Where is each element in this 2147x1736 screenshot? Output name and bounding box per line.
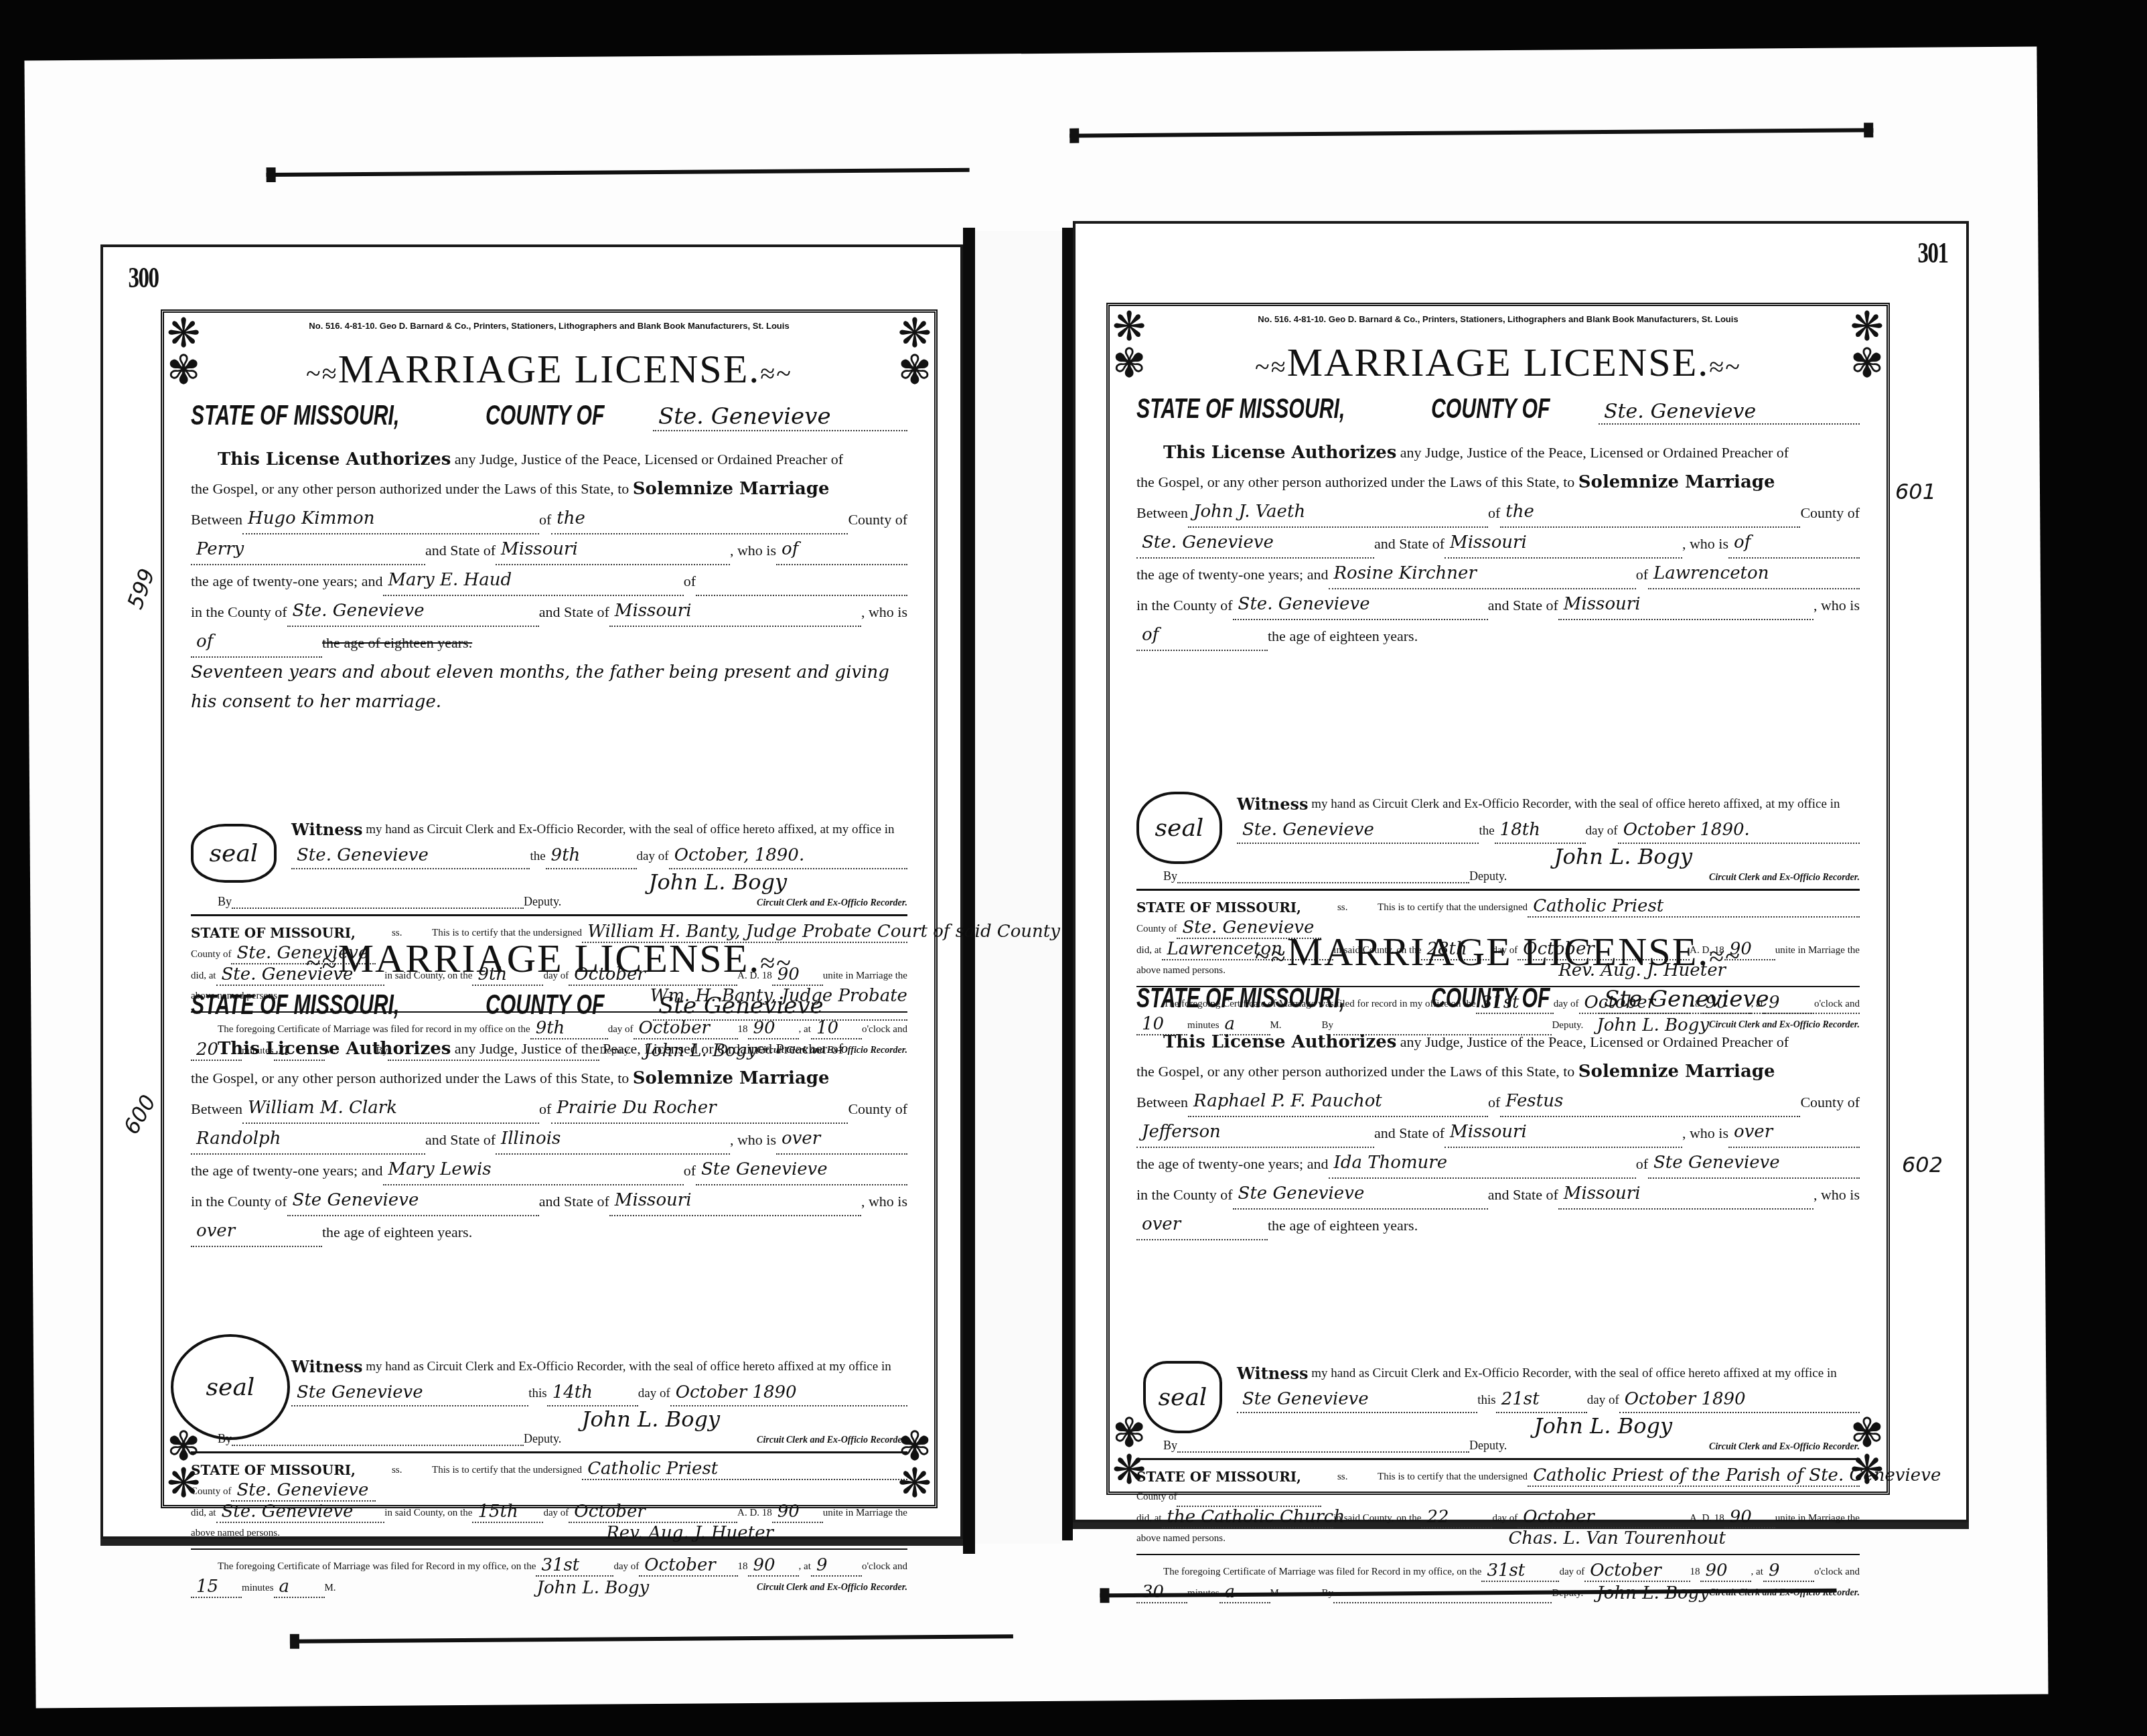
deputy-field	[232, 1445, 524, 1446]
solemnize-heading: Solemnize Marriage	[633, 1064, 830, 1093]
county-label: COUNTY OF	[1431, 982, 1552, 1014]
field-label: the age of eighteen years.	[1268, 622, 1418, 651]
bride-county-field: Ste. Genevieve	[1233, 589, 1488, 620]
page-number: 300	[129, 261, 159, 295]
clerk-title: Circuit Clerk and Ex-Officio Recorder.	[1709, 1442, 1860, 1453]
license-title: ~≈MARRIAGE LICENSE.≈~	[191, 936, 907, 982]
groom-county-field: Randolph	[191, 1124, 425, 1155]
field-label: in said County, on the	[1333, 1508, 1421, 1528]
field-label: This is to certify that the undersigned	[1378, 1467, 1528, 1487]
swash-icon: ~≈	[1255, 352, 1287, 382]
binding-gutter	[975, 231, 1062, 1544]
officiant-signature: Rev. Aug. J. Hueter	[606, 1523, 773, 1543]
field-label: in the County of	[1136, 1180, 1233, 1210]
authorization-text: the Gospel, or any other person authoriz…	[191, 474, 629, 504]
field-label: M.	[325, 1578, 336, 1598]
field-label: o'clock and	[1814, 1562, 1860, 1582]
field-label: and State of	[425, 536, 496, 565]
deputy-field	[1177, 1451, 1469, 1453]
swash-icon: ≈~	[1709, 941, 1741, 971]
marriage-day-field: 22	[1421, 1507, 1492, 1528]
field-label: of	[1488, 498, 1500, 528]
groom-age-field: of	[776, 534, 907, 565]
field-label: the age of twenty-one years; and	[1136, 1149, 1329, 1179]
clerk-signature: John L. Bogy	[582, 1406, 720, 1432]
top-rule-right	[1069, 128, 1873, 137]
field-label: , who is	[861, 1187, 907, 1216]
bride-age-field: over	[1136, 1210, 1268, 1240]
cert-state-label: STATE OF MISSOURI,	[191, 1460, 392, 1480]
field-label: and State of	[425, 1125, 496, 1155]
field-label: Between	[191, 1094, 242, 1124]
field-label: of	[539, 1094, 551, 1124]
field-label: , who is	[861, 597, 907, 627]
field-label: of	[684, 1156, 696, 1185]
groom-age-field: of	[1728, 528, 1860, 559]
authorization-text: any Judge, Justice of the Peace, License…	[455, 445, 843, 474]
marriage-day-field: 15th	[472, 1502, 543, 1523]
officiant-title-field: Catholic Priest	[1528, 896, 1860, 918]
field-label: in the County of	[1136, 591, 1233, 620]
groom-state-field: Illinois	[496, 1124, 730, 1155]
ceremony-place-field: the Catholic Church	[1162, 1507, 1334, 1528]
swash-icon: ≈~	[760, 358, 792, 388]
witness-heading: Witness	[291, 1354, 362, 1380]
bride-residence-field: Ste Genevieve	[696, 1155, 907, 1185]
witness-date-field: October 1890	[1619, 1386, 1860, 1413]
top-rule-left	[267, 168, 970, 177]
field-label: and State of	[539, 1187, 609, 1216]
seal-mark: seal	[1136, 792, 1222, 864]
field-label: day of	[1492, 1508, 1517, 1528]
groom-state-field: Missouri	[496, 534, 730, 565]
ceremony-place-field: Ste. Genevieve	[216, 1502, 385, 1523]
bride-county-field: Ste Genevieve	[287, 1185, 539, 1216]
witness-day-field: 18th	[1495, 817, 1586, 844]
field-label: in the County of	[191, 597, 287, 627]
field-label: , at	[1751, 1562, 1763, 1582]
field-label: this	[1477, 1388, 1495, 1413]
ampm-field: a	[274, 1577, 325, 1598]
filed-month-field: October	[639, 1555, 737, 1577]
field-label: in the County of	[191, 1187, 287, 1216]
field-label: A. D. 18	[737, 1503, 772, 1523]
witness-heading: Witness	[291, 817, 362, 843]
field-label: , who is	[1682, 1118, 1728, 1148]
field-label: unite in Marriage the	[1775, 1508, 1860, 1528]
clerk-signature: John L. Bogy	[1534, 1413, 1672, 1439]
field-label: The foregoing Certificate of Marriage wa…	[1163, 1562, 1481, 1582]
county-field: Ste Genevieve	[1599, 986, 1860, 1014]
marriage-certificate: STATE OF MISSOURI,ss.This is to certify …	[191, 1459, 907, 1598]
solemnize-heading: Solemnize Marriage	[1578, 1057, 1775, 1086]
field-label: and State of	[1488, 591, 1558, 620]
marriage-license-record: ~≈MARRIAGE LICENSE.≈~ STATE OF MISSOURI,…	[191, 936, 907, 1598]
clerk-title: Circuit Clerk and Ex-Officio Recorder.	[757, 898, 907, 909]
groom-residence-field: the	[1500, 497, 1800, 528]
field-label: day of	[613, 1557, 639, 1577]
field-label: the age of eighteen years.	[322, 1218, 472, 1247]
field-label: the age of eighteen years.	[1268, 1211, 1418, 1240]
bride-county-field: Ste. Genevieve	[287, 596, 539, 627]
filed-minutes-field: 30	[1136, 1582, 1187, 1603]
deputy-field	[1333, 1602, 1552, 1603]
ss-label: ss.	[1337, 1467, 1378, 1487]
field-label: of	[1636, 1149, 1648, 1179]
field-label: above named persons.	[191, 1523, 280, 1543]
field-label: By	[1322, 1583, 1334, 1603]
groom-county-field: Jefferson	[1136, 1117, 1374, 1148]
field-label: minutes	[1187, 1583, 1219, 1603]
cert-state-label: STATE OF MISSOURI,	[1136, 1467, 1337, 1487]
marriage-license-record: ~≈MARRIAGE LICENSE.≈~ STATE OF MISSOURI,…	[1136, 929, 1860, 1603]
field-label: of	[539, 505, 551, 534]
seal-mark: seal	[191, 824, 277, 883]
bride-age-field: of	[1136, 620, 1268, 651]
field-label: Deputy.	[1552, 1583, 1583, 1603]
field-label: 18	[738, 1557, 748, 1577]
bride-age-field: of	[191, 627, 322, 658]
filed-day-field: 31st	[536, 1555, 613, 1577]
officiant-title-field: Catholic Priest	[582, 1459, 907, 1480]
margin-number: 602	[1902, 1152, 1943, 1177]
field-label: Deputy.	[524, 1432, 561, 1446]
county-label: COUNTY OF	[486, 989, 606, 1021]
witness-day-field: 21st	[1496, 1386, 1587, 1413]
license-form-left: ❋✾ ❋✾ ✾❋ ✾❋ No. 516. 4-81-10. Geo D. Bar…	[161, 309, 938, 1508]
field-label: 18	[1690, 1562, 1700, 1582]
solemnize-heading: Solemnize Marriage	[633, 474, 830, 504]
filed-signature: John L. Bogy	[537, 1578, 650, 1598]
binding-gutter-left	[963, 228, 975, 1554]
bride-state-field: Missouri	[609, 596, 861, 627]
county-label: COUNTY OF	[486, 399, 606, 431]
field-label: the age of twenty-one years; and	[1136, 560, 1329, 589]
swash-icon: ≈~	[1709, 352, 1741, 382]
bride-age-field: over	[191, 1216, 322, 1247]
clerk-title: Circuit Clerk and Ex-Officio Recorder.	[757, 1435, 907, 1446]
authorization-text: the Gospel, or any other person authoriz…	[1136, 1057, 1574, 1086]
witness-day-field: 9th	[546, 843, 637, 869]
clerk-title: Circuit Clerk and Ex-Officio Recorder.	[757, 1578, 907, 1598]
bride-residence-field: Lawrenceton	[1648, 559, 1860, 589]
field-label: and State of	[1374, 529, 1445, 559]
field-label: By	[1163, 869, 1177, 883]
swash-icon: ~≈	[306, 948, 338, 978]
license-title: ~≈MARRIAGE LICENSE.≈~	[1136, 340, 1860, 386]
witness-text: my hand as Circuit Clerk and Ex-Officio …	[1311, 792, 1840, 817]
groom-county-field: Perry	[191, 534, 425, 565]
filed-signature: John L. Bogy	[1597, 1583, 1709, 1603]
witness-day-field: 14th	[547, 1380, 638, 1406]
field-label: A. D. 18	[1690, 1508, 1724, 1528]
authorization-heading: This License Authorizes	[1163, 438, 1396, 467]
field-label: day of	[637, 844, 669, 869]
field-label: County of	[191, 1481, 231, 1502]
license-title: ~≈MARRIAGE LICENSE.≈~	[191, 346, 907, 392]
field-label: , who is	[1682, 529, 1728, 559]
filed-day-field: 31st	[1481, 1561, 1559, 1582]
witness-heading: Witness	[1237, 1361, 1308, 1386]
filed-hour-field: 9	[1763, 1561, 1814, 1582]
field-label: did, at	[191, 1503, 216, 1523]
witness-heading: Witness	[1237, 792, 1308, 817]
witness-place-field: Ste Genevieve	[291, 1380, 528, 1406]
groom-name-field: Hugo Kimmon	[242, 504, 539, 534]
authorization-heading: This License Authorizes	[218, 445, 451, 474]
marriage-month-field: October	[569, 1502, 737, 1523]
state-label: STATE OF MISSOURI,	[191, 399, 403, 431]
filed-hour-field: 9	[811, 1555, 862, 1577]
witness-date-field: October 1890	[670, 1380, 907, 1406]
field-label: , who is	[1813, 1180, 1860, 1210]
authorization-text: any Judge, Justice of the Peace, License…	[455, 1034, 843, 1064]
groom-residence-field: the	[551, 504, 848, 534]
authorization-heading: This License Authorizes	[218, 1034, 451, 1064]
field-label: Deputy.	[524, 895, 561, 909]
field-label: the age of twenty-one years; and	[191, 1156, 383, 1185]
groom-county-field: Ste. Genevieve	[1136, 528, 1374, 559]
authorization-text: the Gospel, or any other person authoriz…	[1136, 467, 1574, 497]
ampm-field: a	[1219, 1582, 1270, 1603]
field-label: By	[218, 895, 232, 909]
bride-county-field: Ste Genevieve	[1233, 1179, 1488, 1210]
field-label: By	[1163, 1439, 1177, 1453]
groom-state-field: Missouri	[1445, 528, 1682, 559]
field-label: This is to certify that the undersigned	[432, 1460, 582, 1480]
field-label: , who is	[730, 1125, 776, 1155]
printer-imprint: No. 516. 4-81-10. Geo D. Barnard & Co., …	[1110, 314, 1886, 324]
marriage-year-field: 90	[772, 1502, 823, 1523]
witness-date-field: October, 1890.	[669, 843, 907, 869]
field-label: the age of eighteen years.	[322, 628, 472, 658]
groom-residence-field: Prairie Du Rocher	[551, 1093, 848, 1124]
page-number: 301	[1918, 236, 1948, 270]
filed-year-field: 90	[1700, 1561, 1751, 1582]
field-label: in said County, on the	[384, 1503, 472, 1523]
bride-residence-field: Ste Genevieve	[1648, 1148, 1860, 1179]
field-label: Between	[1136, 1088, 1188, 1117]
field-label: and State of	[1488, 1180, 1558, 1210]
groom-name-field: William M. Clark	[242, 1093, 539, 1124]
clerk-signature: John L. Bogy	[649, 869, 787, 895]
authorization-text: any Judge, Justice of the Peace, License…	[1400, 438, 1789, 467]
field-label: above named persons.	[1136, 1528, 1226, 1548]
bride-name-field: Mary Lewis	[383, 1155, 684, 1185]
license-title: ~≈MARRIAGE LICENSE.≈~	[1136, 929, 1860, 975]
groom-age-field: over	[1728, 1117, 1860, 1148]
marriage-certificate: STATE OF MISSOURI,ss.This is to certify …	[1136, 1465, 1860, 1603]
field-label: M.	[1270, 1583, 1282, 1603]
marriage-year-field: 90	[1724, 1507, 1775, 1528]
officiant-signature: Chas. L. Van Tourenhout	[1508, 1528, 1726, 1548]
field-label: the age of twenty-one years; and	[191, 567, 383, 596]
seal-mark: seal	[1143, 1361, 1222, 1433]
field-label: County of	[1136, 1487, 1177, 1507]
field-label: Deputy.	[1469, 1439, 1507, 1453]
field-label: did, at	[1136, 1508, 1162, 1528]
cert-county-field: Ste. Genevieve	[231, 1480, 376, 1502]
field-label: day of	[638, 1381, 670, 1406]
bride-state-field: Missouri	[609, 1185, 861, 1216]
bride-state-field: Missouri	[1558, 1179, 1813, 1210]
binding-gutter-right	[1062, 228, 1073, 1540]
groom-name-field: John J. Vaeth	[1188, 497, 1488, 528]
swash-icon: ~≈	[306, 358, 338, 388]
field-label: County of	[1800, 498, 1860, 528]
groom-state-field: Missouri	[1445, 1117, 1682, 1148]
state-label: STATE OF MISSOURI,	[1136, 982, 1349, 1014]
authorization-text: the Gospel, or any other person authoriz…	[191, 1064, 629, 1093]
bride-name-field: Rosine Kirchner	[1329, 559, 1636, 589]
witness-place-field: Ste. Genevieve	[291, 843, 530, 869]
field-label: , who is	[730, 536, 776, 565]
witness-text: my hand as Circuit Clerk and Ex-Officio …	[366, 1354, 891, 1380]
field-label: , at	[799, 1557, 811, 1577]
filed-minutes-field: 15	[191, 1577, 242, 1598]
field-label: day of	[1559, 1562, 1584, 1582]
seal-mark: seal	[171, 1334, 290, 1440]
field-label: o'clock and	[862, 1557, 907, 1577]
clerk-title: Circuit Clerk and Ex-Officio Recorder.	[1709, 1583, 1860, 1603]
bottom-rule-left	[290, 1634, 1013, 1644]
witness-date-field: October 1890.	[1618, 817, 1860, 844]
groom-age-field: over	[776, 1124, 907, 1155]
field-label: day of	[1586, 818, 1618, 844]
field-label: and State of	[1374, 1118, 1445, 1148]
field-label: of	[1636, 560, 1648, 589]
field-label: the	[530, 844, 545, 869]
county-field: Ste. Genevieve	[653, 403, 907, 431]
cert-state-label: STATE OF MISSOURI,	[1136, 897, 1337, 918]
field-label: Between	[1136, 498, 1188, 528]
bride-name-field: Mary E. Haud	[383, 565, 684, 596]
county-field: Ste Genevieve	[653, 993, 907, 1021]
marriage-month-field: October	[1517, 1507, 1690, 1528]
county-label: COUNTY OF	[1431, 392, 1552, 425]
field-label: The foregoing Certificate of Marriage wa…	[218, 1557, 536, 1577]
clerk-signature: John L. Bogy	[1554, 844, 1692, 869]
ss-label: ss.	[392, 1460, 432, 1480]
authorization-text: any Judge, Justice of the Peace, License…	[1400, 1027, 1789, 1057]
witness-text: my hand as Circuit Clerk and Ex-Officio …	[1311, 1361, 1837, 1386]
witness-place-field: Ste. Genevieve	[1237, 817, 1479, 844]
handwritten-note: Seventeen years and about eleven months,…	[191, 658, 907, 717]
filed-month-field: October	[1584, 1561, 1690, 1582]
field-label: the	[1479, 818, 1494, 844]
field-label: Deputy.	[1469, 869, 1507, 883]
field-label: of	[1488, 1088, 1500, 1117]
field-label: unite in Marriage the	[823, 1503, 907, 1523]
swash-icon: ~≈	[1255, 941, 1287, 971]
field-label: County of	[1800, 1088, 1860, 1117]
solemnize-heading: Solemnize Marriage	[1578, 467, 1775, 497]
officiant-title-field: Catholic Priest of the Parish of Ste. Ge…	[1528, 1465, 1860, 1487]
ss-label: ss.	[1337, 897, 1378, 918]
field-label: County of	[848, 1094, 907, 1124]
field-label: this	[528, 1381, 546, 1406]
groom-name-field: Raphael P. F. Pauchot	[1188, 1086, 1488, 1117]
groom-residence-field: Festus	[1500, 1086, 1800, 1117]
authorization-heading: This License Authorizes	[1163, 1027, 1396, 1057]
bride-name-field: Ida Thomure	[1329, 1148, 1636, 1179]
field-label: and State of	[539, 597, 609, 627]
bride-state-field: Missouri	[1558, 589, 1813, 620]
state-label: STATE OF MISSOURI,	[1136, 392, 1349, 425]
field-label: of	[684, 567, 696, 596]
margin-number: 601	[1895, 479, 1936, 504]
clerk-title: Circuit Clerk and Ex-Officio Recorder.	[1709, 873, 1860, 883]
field-label: County of	[848, 505, 907, 534]
license-form-right: ❋✾ ❋✾ ✾❋ ✾❋ No. 516. 4-81-10. Geo D. Bar…	[1106, 303, 1890, 1495]
county-field: Ste. Genevieve	[1599, 400, 1860, 425]
witness-text: my hand as Circuit Clerk and Ex-Officio …	[366, 817, 894, 843]
field-label: Between	[191, 505, 242, 534]
witness-place-field: Ste Genevieve	[1237, 1386, 1477, 1413]
field-label: minutes	[242, 1578, 274, 1598]
field-label: , who is	[1813, 591, 1860, 620]
swash-icon: ≈~	[760, 948, 792, 978]
field-label: This is to certify that the undersigned	[1378, 897, 1528, 918]
state-label: STATE OF MISSOURI,	[191, 989, 403, 1021]
filed-year-field: 90	[748, 1555, 799, 1577]
printer-imprint: No. 516. 4-81-10. Geo D. Barnard & Co., …	[164, 321, 934, 331]
field-label: day of	[543, 1503, 569, 1523]
deputy-field	[232, 908, 524, 909]
deputy-field	[1177, 882, 1469, 883]
field-label: day of	[1587, 1388, 1619, 1413]
